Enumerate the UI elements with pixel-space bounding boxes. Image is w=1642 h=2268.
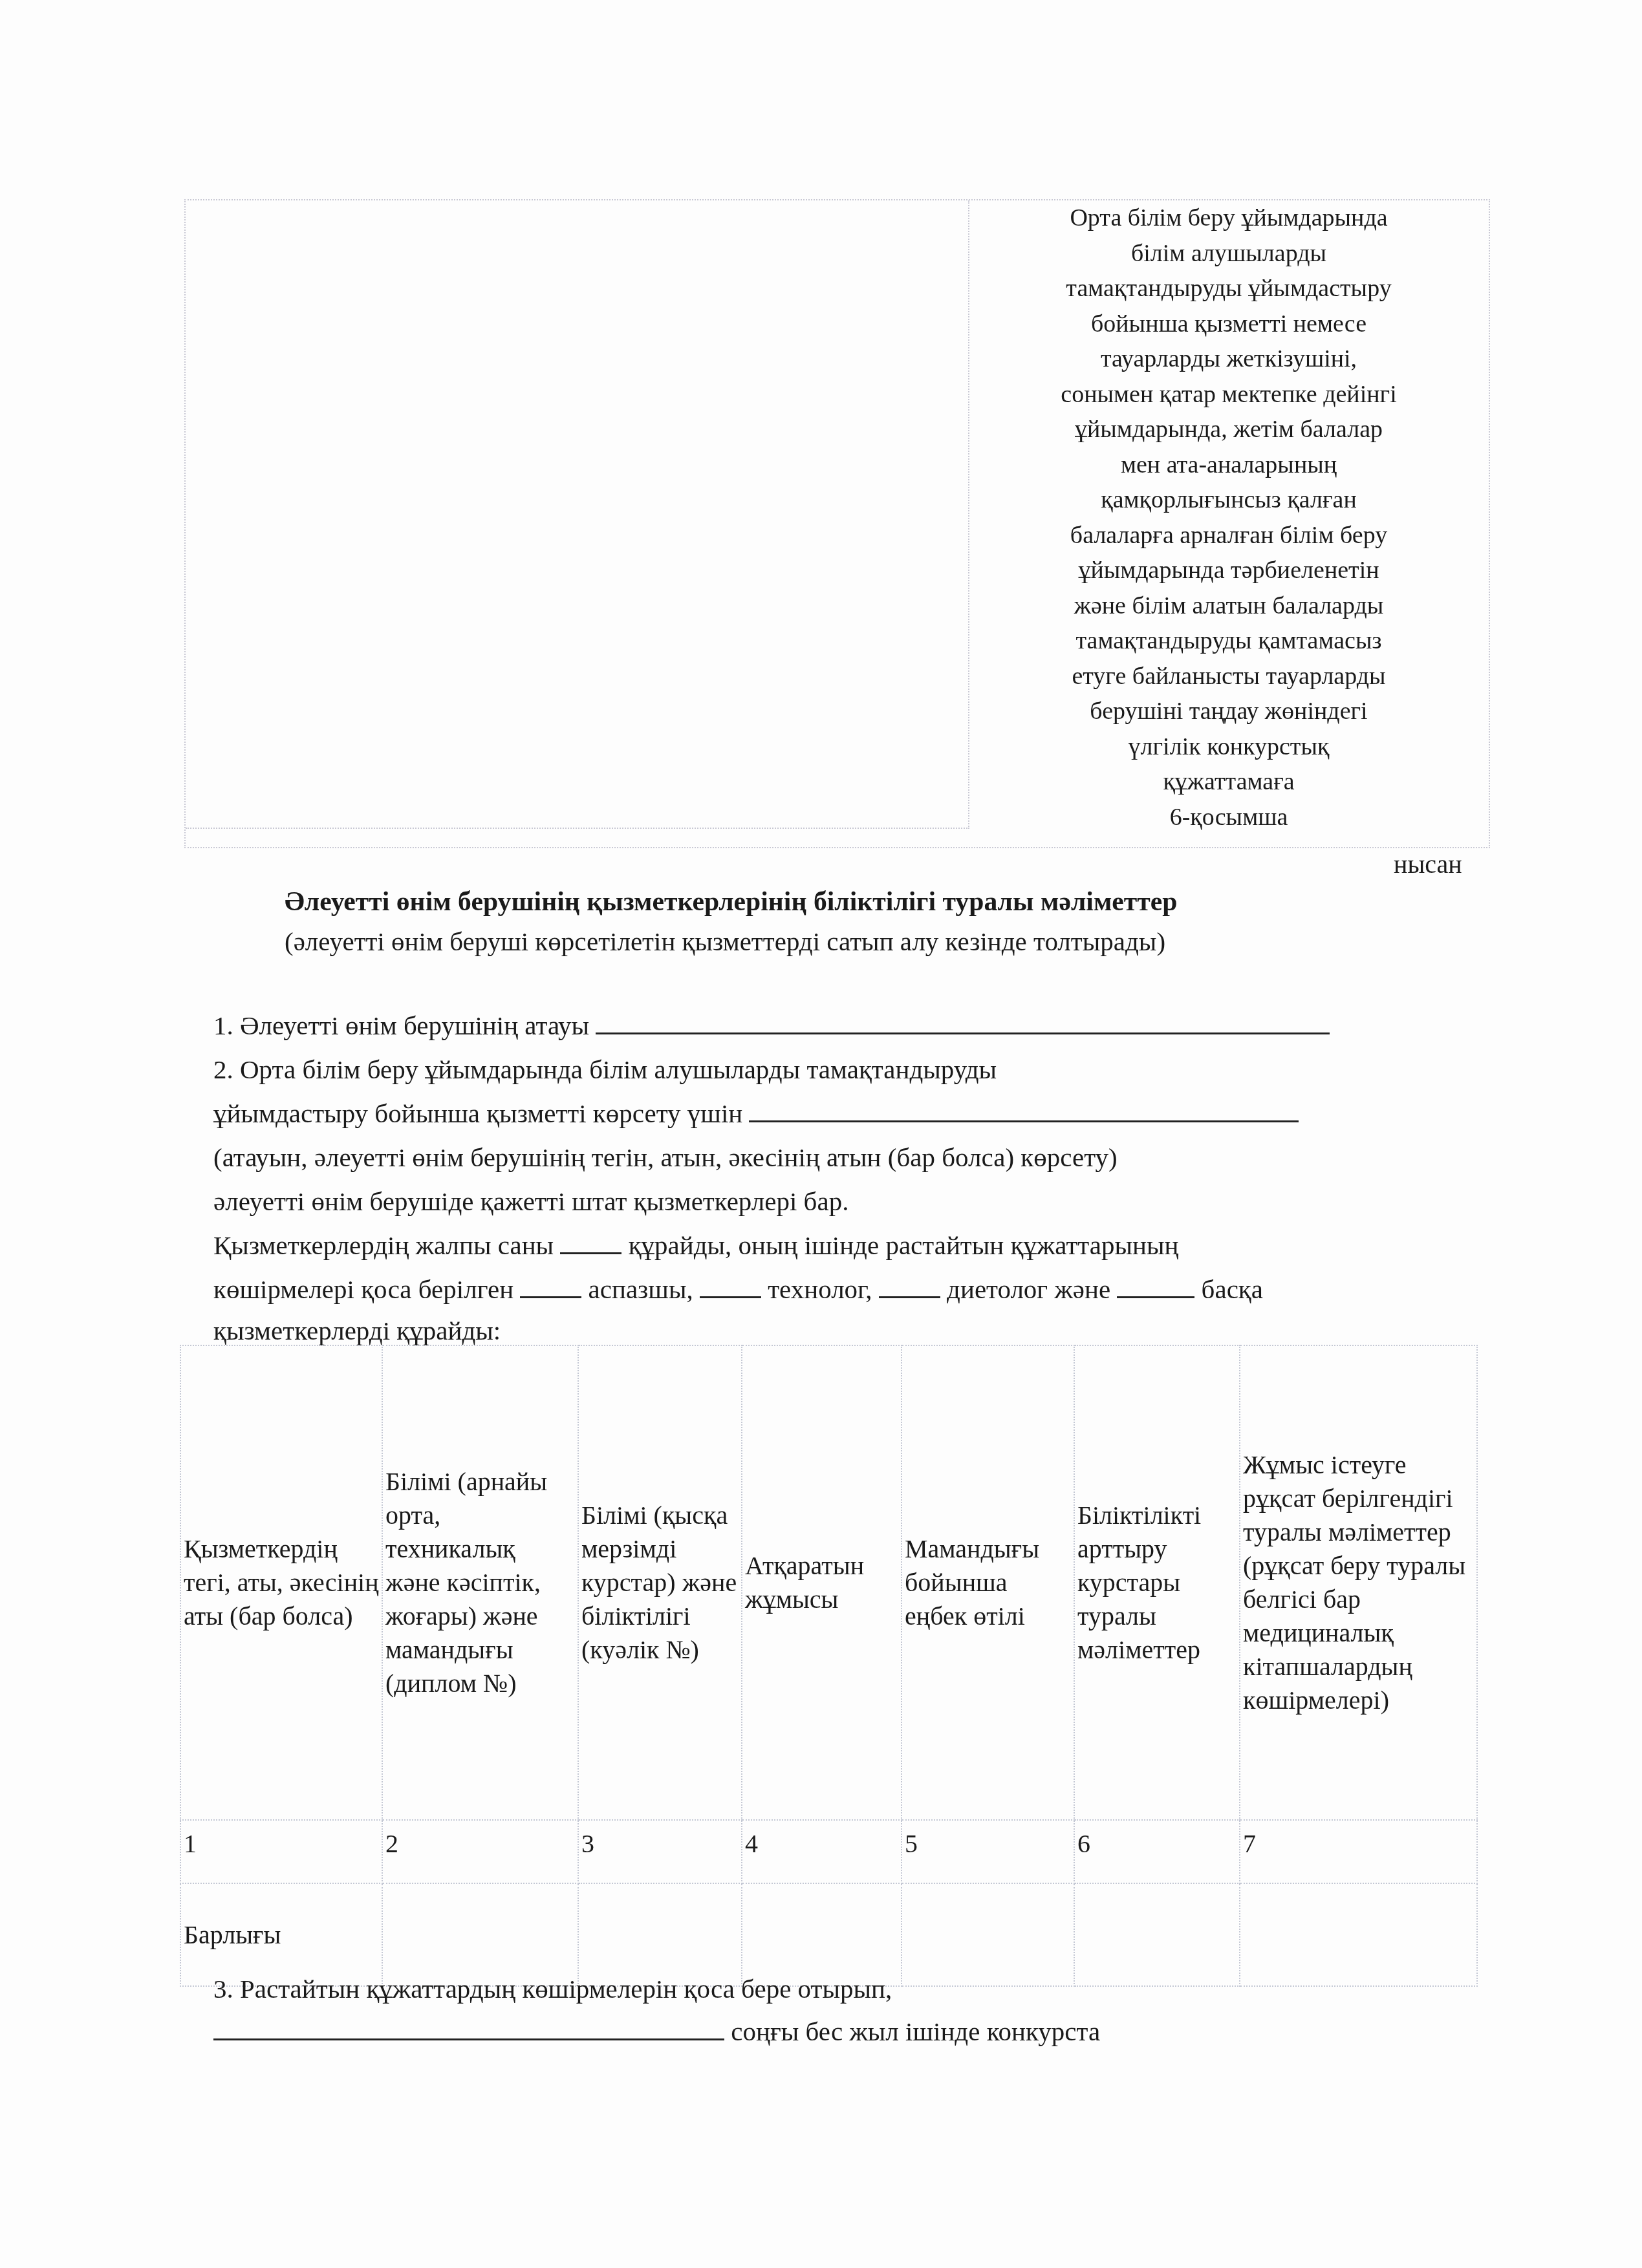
table-row-total: Барлығы: [180, 1883, 1477, 1986]
total-cell[interactable]: [1074, 1883, 1240, 1986]
annex-line: тамақтандыруды қамтамасыз: [970, 623, 1487, 659]
annex-line: берушіні таңдау жөніндегі: [970, 694, 1487, 729]
annex-line: үлгілік конкурстық: [970, 729, 1487, 765]
staff-line-2: көшірмелері қоса берілген аспазшы, техно…: [213, 1274, 1263, 1305]
annex-note: Орта білім беру ұйымдарында білім алушыл…: [970, 200, 1487, 835]
cooks-count-field[interactable]: [520, 1277, 581, 1298]
annex-line: 6-қосымша: [970, 800, 1487, 835]
dietitians-count-field[interactable]: [879, 1277, 940, 1298]
item-3-line-2: соңғы бес жыл ішінде конкурста: [213, 2016, 1100, 2047]
annex-line: ұйымдарында тәрбиеленетін: [970, 553, 1487, 588]
supplier-name-field[interactable]: [596, 1013, 1330, 1034]
annex-line: Орта білім беру ұйымдарында: [970, 200, 1487, 236]
page-subtitle: (әлеуетті өнім беруші көрсетілетін қызме…: [285, 926, 1449, 957]
header-training: Біліктілікті арттыру курстары туралы мәл…: [1074, 1345, 1240, 1820]
annex-line: қамқорлығынсыз қалған: [970, 482, 1487, 518]
header-experience: Мамандығы бойынша еңбек өтілі: [902, 1345, 1074, 1820]
annex-line: құжаттамаға: [970, 764, 1487, 800]
document-page: Орта білім беру ұйымдарында білім алушыл…: [0, 0, 1642, 2268]
total-label: Барлығы: [180, 1883, 382, 1986]
item-3-line-1: 3. Растайтын құжаттардың көшірмелерін қо…: [213, 1973, 892, 2004]
annex-line: білім алушыларды: [970, 236, 1487, 272]
item-3-text: соңғы бес жыл ішінде конкурста: [731, 2017, 1100, 2046]
other-label: басқа: [1202, 1274, 1263, 1304]
item-2-line-1: 2. Орта білім беру ұйымдарында білім алу…: [213, 1054, 997, 1085]
header-empty-cell: [186, 200, 969, 829]
dietitians-label: диетолог және: [947, 1274, 1110, 1304]
technologists-count-field[interactable]: [700, 1277, 761, 1298]
item-1: 1. Әлеуетті өнім берушінің атауы: [213, 1010, 1330, 1041]
page-title: Әлеуетті өнім берушінің қызметкерлерінің…: [285, 886, 1414, 917]
col-number: 4: [742, 1820, 902, 1883]
col-number: 5: [902, 1820, 1074, 1883]
form-label: нысан: [1394, 849, 1462, 879]
copies-label: көшірмелері қоса берілген: [213, 1274, 513, 1304]
col-number: 2: [382, 1820, 578, 1883]
table-number-row: 1 2 3 4 5 6 7: [180, 1820, 1477, 1883]
item-2-line-4: әлеуетті өнім берушіде қажетті штат қызм…: [213, 1186, 848, 1217]
col-number: 6: [1074, 1820, 1240, 1883]
header-education: Білімі (арнайы орта, техникалық және кәс…: [382, 1345, 578, 1820]
staff-total-label: Қызметкерлердің жалпы саны: [213, 1230, 554, 1260]
item-2-line-2: ұйымдастыру бойынша қызметті көрсету үші…: [213, 1098, 1299, 1129]
col-number: 3: [578, 1820, 742, 1883]
technologists-label: технолог,: [768, 1274, 872, 1304]
col-number: 7: [1240, 1820, 1477, 1883]
annex-line: бойынша қызметті немесе: [970, 306, 1487, 342]
item-2-line-3: (атауын, әлеуетті өнім берушінің тегін, …: [213, 1142, 1118, 1173]
staff-total-field[interactable]: [560, 1233, 621, 1254]
header-work-permit: Жұмыс істеуге рұқсат берілгендігі туралы…: [1240, 1345, 1477, 1820]
annex-line: сонымен қатар мектепке дейінгі: [970, 377, 1487, 412]
header-short-courses: Білімі (қысқа мерзімді курстар) және біл…: [578, 1345, 742, 1820]
annex-line: балаларға арналған білім беру: [970, 518, 1487, 553]
total-cell[interactable]: [382, 1883, 578, 1986]
annex-line: мен ата-аналарының: [970, 447, 1487, 483]
col-number: 1: [180, 1820, 382, 1883]
annex-line: және білім алатын балаларды: [970, 588, 1487, 624]
staff-line-1-text: құрайды, оның ішінде растайтын құжаттары…: [629, 1230, 1179, 1260]
staff-line-1: Қызметкерлердің жалпы саны құрайды, оның…: [213, 1230, 1178, 1261]
header-full-name: Қызметкердің тегі, аты, әкесінің аты (ба…: [180, 1345, 382, 1820]
item-2-label: ұйымдастыру бойынша қызметті көрсету үші…: [213, 1098, 742, 1128]
item-1-label: 1. Әлеуетті өнім берушінің атауы: [213, 1011, 589, 1040]
header-position: Атқаратын жұмысы: [742, 1345, 902, 1820]
annex-line: етуге байланысты тауарларды: [970, 659, 1487, 694]
annex-line: тамақтандыруды ұйымдастыру: [970, 271, 1487, 306]
item-3-field[interactable]: [213, 2019, 724, 2040]
annex-line: ұйымдарында, жетім балалар: [970, 412, 1487, 447]
total-cell[interactable]: [578, 1883, 742, 1986]
staff-qualification-table: Қызметкердің тегі, аты, әкесінің аты (ба…: [180, 1345, 1478, 1987]
staff-line-3: қызметкерлерді құрайды:: [213, 1315, 501, 1346]
total-cell[interactable]: [1240, 1883, 1477, 1986]
other-staff-count-field[interactable]: [1117, 1277, 1194, 1298]
annex-line: тауарларды жеткізушіні,: [970, 341, 1487, 377]
service-provider-field[interactable]: [749, 1101, 1299, 1122]
cooks-label: аспазшы,: [589, 1274, 693, 1304]
table-header-row: Қызметкердің тегі, аты, әкесінің аты (ба…: [180, 1345, 1477, 1820]
total-cell[interactable]: [742, 1883, 902, 1986]
total-cell[interactable]: [902, 1883, 1074, 1986]
